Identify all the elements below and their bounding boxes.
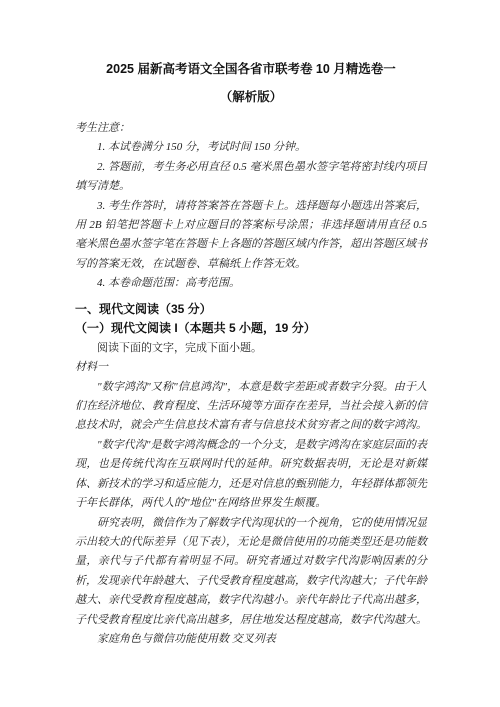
exam-notice-block: 考生注意： 1. 本试卷满分 150 分，考试时间 150 分钟。 2. 答题前… (75, 119, 427, 294)
notice-label: 考生注意： (75, 119, 427, 138)
section-heading: 一、现代文阅读（35 分） (75, 300, 427, 320)
subsection-heading: （一）现代文阅读 I（本题共 5 小题，19 分） (75, 319, 427, 339)
material-paragraph-2: "数字代沟"是数字鸿沟概念的一个分支，是数字鸿沟在家庭层面的表现，也是传统代沟在… (75, 436, 427, 514)
document-title: 2025 届新高考语文全国各省市联考卷 10 月精选卷一 (75, 61, 427, 78)
document-page: 2025 届新高考语文全国各省市联考卷 10 月精选卷一 （解析版） 考生注意：… (0, 0, 500, 707)
notice-item-2: 2. 答题前，考生务必用直径 0.5 毫米黑色墨水签字笔将密封线内项目填写清楚。 (75, 158, 427, 197)
table-caption: 家庭角色与微信功能使用数 交叉列表 (75, 630, 427, 649)
material-label: 材料一 (75, 358, 427, 377)
material-paragraph-3: 研究表明，微信作为了解数字代沟现状的一个视角，它的使用情况显示出较大的代际差异（… (75, 514, 427, 630)
notice-item-1: 1. 本试卷满分 150 分，考试时间 150 分钟。 (75, 138, 427, 157)
notice-item-4: 4. 本卷命题范围：高考范围。 (75, 274, 427, 293)
document-subtitle: （解析版） (75, 89, 427, 106)
material-paragraph-1: "数字鸿沟"又称"信息鸿沟"，本意是数字差距或者数字分裂。由于人们在经济地位、教… (75, 378, 427, 436)
notice-item-3: 3. 考生作答时，请将答案答在答题卡上。选择题每小题选出答案后，用 2B 铅笔把… (75, 197, 427, 275)
reading-instruction: 阅读下面的文字，完成下面小题。 (75, 339, 427, 358)
